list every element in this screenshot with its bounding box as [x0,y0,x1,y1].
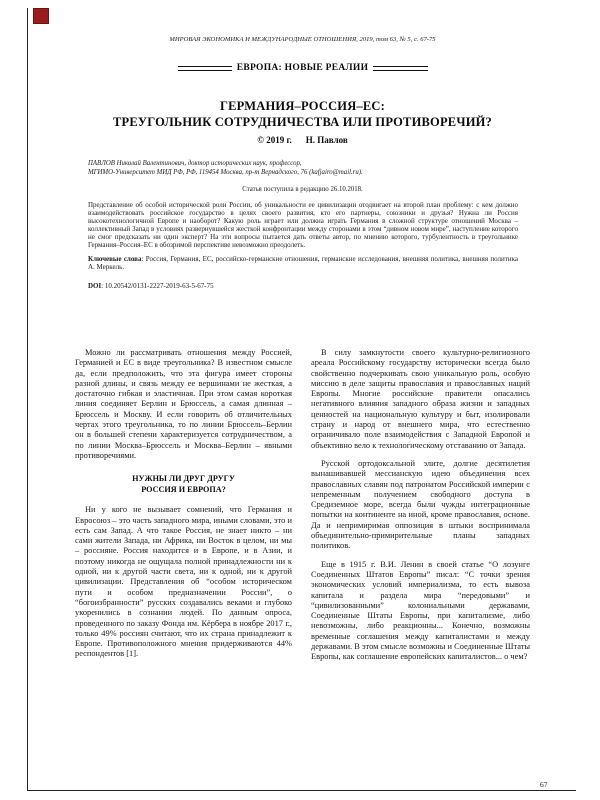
banner-rule-left [178,66,232,71]
keywords-text: : Россия, Германия, ЕС, российско-герман… [88,255,518,271]
doi-text: : 10.20542/0131-2227-2019-63-5-67-75 [101,282,213,290]
journal-header: МИРОВАЯ ЭКОНОМИКА И МЕЖДУНАРОДНЫЕ ОТНОШЕ… [75,36,530,43]
section-banner: ЕВРОПА: НОВЫЕ РЕАЛИИ [75,63,530,73]
section-banner-inner: ЕВРОПА: НОВЫЕ РЕАЛИИ [178,63,428,73]
section-banner-label: ЕВРОПА: НОВЫЕ РЕАЛИИ [232,63,374,73]
right-column-paragraph-2: Русской ортодоксальной элите, долгие дес… [311,459,530,552]
body-columns: Можно ли рассматривать отношения между Р… [75,348,530,663]
right-column-paragraph-1: В силу замкнутости своего культурно-рели… [311,348,530,451]
affiliation-line1: ПАВЛОВ Николай Валентинович, доктор исто… [88,160,528,169]
author-affiliation: ПАВЛОВ Николай Валентинович, доктор исто… [88,160,528,177]
journal-page: { "colors": { "marker_red": "#9b1c1c", "… [0,0,600,800]
page-number: 67 [540,780,548,789]
section-heading-line1: НУЖНЫ ЛИ ДРУГ ДРУГУ [75,474,292,485]
left-column: Можно ли рассматривать отношения между Р… [75,348,292,663]
page-left-border [27,8,28,790]
red-square-marker [33,8,49,24]
copyright-line: © 2019 г.Н. Павлов [75,135,530,145]
affiliation-line2: МГИМО-Университет МИД РФ, РФ, 119454 Мос… [88,169,528,178]
section-heading-line2: РОССИЯ И ЕВРОПА? [75,485,292,496]
received-date-line: Статья поступила в редакцию 26.10.2018. [75,186,530,193]
keywords-line: Ключевые слова: Россия, Германия, ЕС, ро… [88,256,518,272]
right-column: В силу замкнутости своего культурно-рели… [311,348,530,663]
doi-line: DOI: 10.20542/0131-2227-2019-63-5-67-75 [88,282,518,290]
left-column-paragraph-2: Ни у кого не вызывает сомнений, что Герм… [75,505,292,659]
copyright-author: Н. Павлов [306,135,348,145]
page-bottom-border [27,790,576,791]
abstract-text: Представление об особой исторической рол… [88,202,518,249]
doi-label: DOI [88,282,101,290]
left-column-paragraph-1: Можно ли рассматривать отношения между Р… [75,348,292,461]
article-title-line2: ТРЕУГОЛЬНИК СОТРУДНИЧЕСТВА ИЛИ ПРОТИВОРЕ… [75,114,530,130]
banner-rule-right [373,66,427,71]
right-column-paragraph-3: Еще в 1915 г. В.И. Ленин в своей статье … [311,560,530,663]
copyright-year: © 2019 г. [257,135,292,145]
keywords-label: Ключевые слова [88,255,141,263]
article-title-line1: ГЕРМАНИЯ–РОССИЯ–ЕС: [75,98,530,114]
section-heading: НУЖНЫ ЛИ ДРУГ ДРУГУ РОССИЯ И ЕВРОПА? [75,474,292,495]
article-title: ГЕРМАНИЯ–РОССИЯ–ЕС: ТРЕУГОЛЬНИК СОТРУДНИ… [75,98,530,130]
